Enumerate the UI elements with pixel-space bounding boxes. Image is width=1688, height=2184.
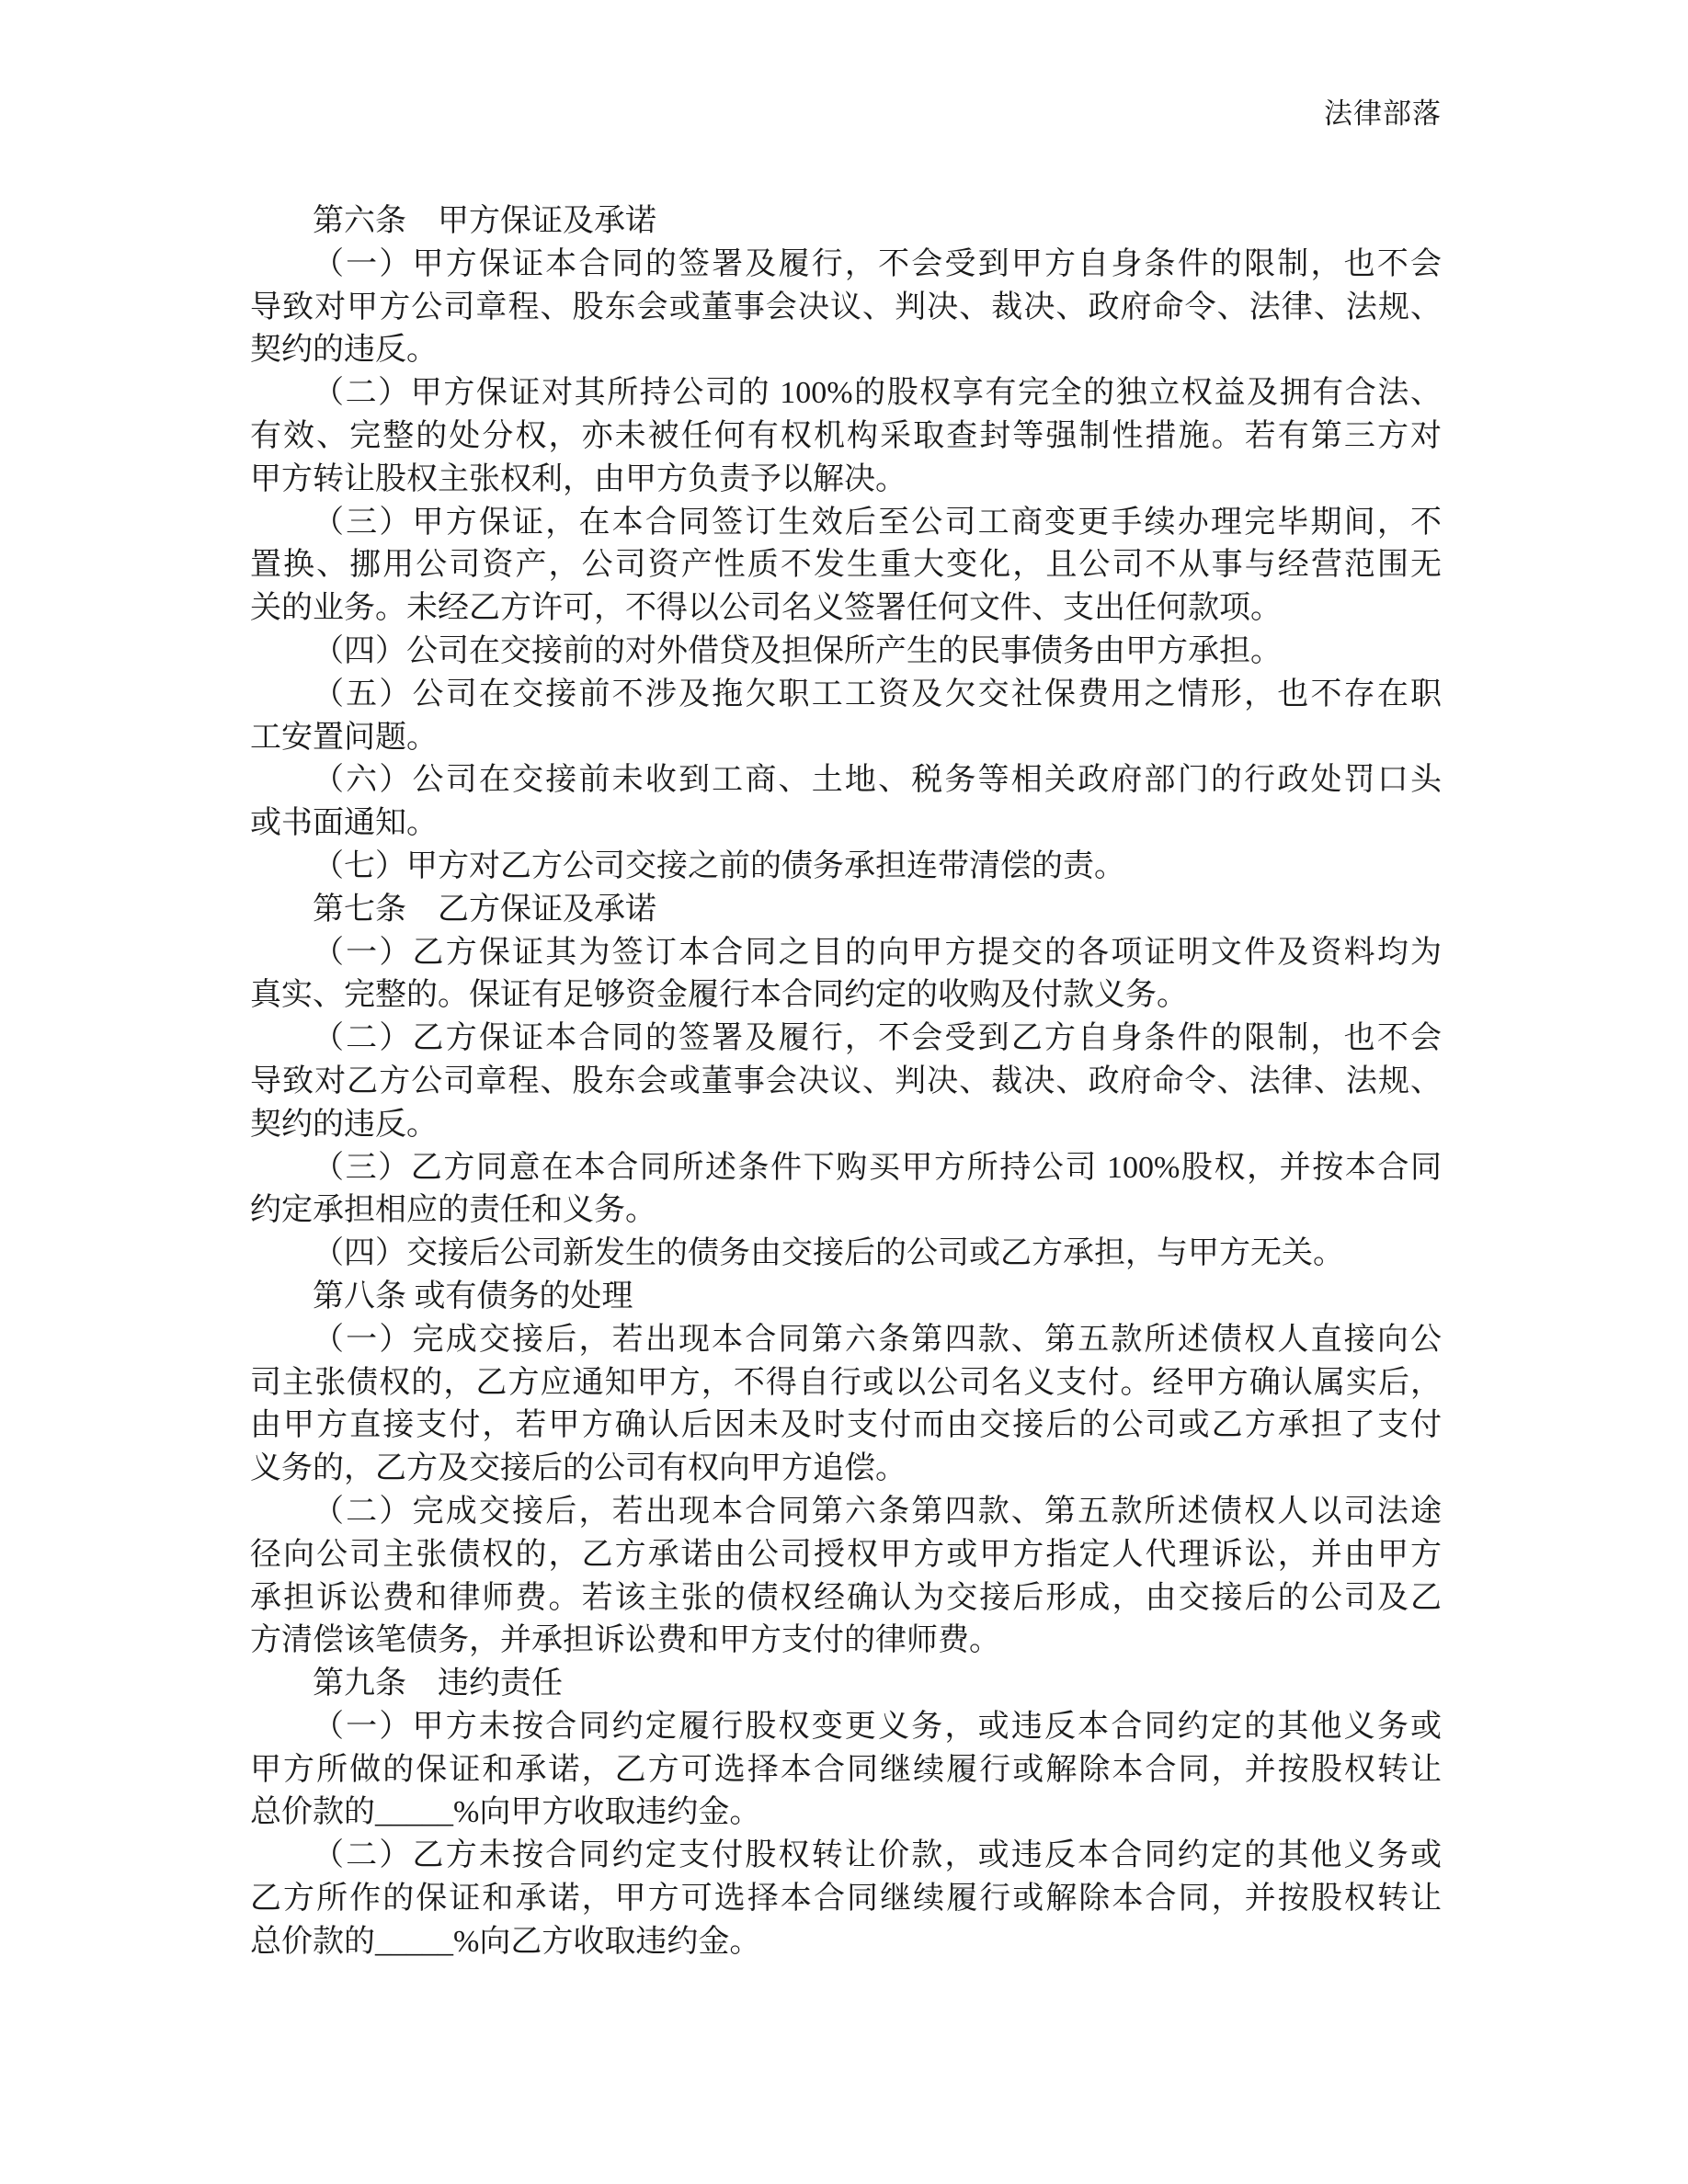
contract-paragraph: （二）乙方保证本合同的签署及履行，不会受到乙方自身条件的限制，也不会导致对乙方公… — [250, 1018, 1442, 1146]
paragraph-line: （一）甲方未按合同约定履行股权变更义务，或违反本合同约定的其他义务或 — [250, 1706, 1442, 1749]
paragraph-line: 乙方所作的保证和承诺，甲方可选择本合同继续履行或解除本合同，并按股权转让 — [250, 1878, 1442, 1921]
paragraph-line: 由甲方直接支付，若甲方确认后因未及时支付而由交接后的公司或乙方承担了支付 — [250, 1405, 1442, 1448]
paragraph-line: 导致对甲方公司章程、股东会或董事会决议、判决、裁决、政府命令、法律、法规、 — [250, 287, 1442, 330]
paragraph-line: 关的业务。未经乙方许可，不得以公司名义签署任何文件、支出任何款项。 — [250, 587, 1442, 631]
contract-paragraph: （二）乙方未按合同约定支付股权转让价款，或违反本合同约定的其他义务或乙方所作的保… — [250, 1835, 1442, 1963]
paragraph-line: 导致对乙方公司章程、股东会或董事会决议、判决、裁决、政府命令、法律、法规、 — [250, 1061, 1442, 1104]
paragraph-line: 置换、挪用公司资产，公司资产性质不发生重大变化，且公司不从事与经营范围无 — [250, 544, 1442, 587]
contract-body-text: 第六条 甲方保证及承诺（一）甲方保证本合同的签署及履行，不会受到甲方自身条件的限… — [250, 200, 1442, 1964]
paragraph-line: （三）乙方同意在本合同所述条件下购买甲方所持公司 100%股权，并按本合同 — [250, 1147, 1442, 1190]
paragraph-line: （五）公司在交接前不涉及拖欠职工工资及欠交社保费用之情形，也不存在职 — [250, 674, 1442, 717]
paragraph-line: 甲方转让股权主张权利，由甲方负责予以解决。 — [250, 459, 1442, 502]
contract-paragraph: （三）甲方保证，在本合同签订生效后至公司工商变更手续办理完毕期间，不置换、挪用公… — [250, 502, 1442, 631]
contract-paragraph: （四）交接后公司新发生的债务由交接后的公司或乙方承担，与甲方无关。 — [250, 1233, 1442, 1276]
page-header-label: 法律部落 — [250, 95, 1442, 133]
paragraph-line: （四）交接后公司新发生的债务由交接后的公司或乙方承担，与甲方无关。 — [250, 1233, 1442, 1276]
article-heading-line: 第八条 或有债务的处理 — [250, 1276, 1442, 1319]
paragraph-line: （一）完成交接后，若出现本合同第六条第四款、第五款所述债权人直接向公 — [250, 1319, 1442, 1362]
paragraph-line: 义务的，乙方及交接后的公司有权向甲方追偿。 — [250, 1448, 1442, 1491]
article-heading: 第七条 乙方保证及承诺 — [250, 889, 1442, 932]
paragraph-line: 或书面通知。 — [250, 802, 1442, 846]
paragraph-line: （一）甲方保证本合同的签署及履行，不会受到甲方自身条件的限制，也不会 — [250, 244, 1442, 287]
contract-paragraph: （二）完成交接后，若出现本合同第六条第四款、第五款所述债权人以司法途径向公司主张… — [250, 1491, 1442, 1663]
paragraph-line: 承担诉讼费和律师费。若该主张的债权经确认为交接后形成，由交接后的公司及乙 — [250, 1577, 1442, 1621]
paragraph-line: （四）公司在交接前的对外借贷及担保所产生的民事债务由甲方承担。 — [250, 631, 1442, 674]
paragraph-line: 总价款的_____%向乙方收取违约金。 — [250, 1921, 1442, 1964]
article-heading-line: 第六条 甲方保证及承诺 — [250, 200, 1442, 244]
article-heading-line: 第七条 乙方保证及承诺 — [250, 889, 1442, 932]
paragraph-line: （二）乙方保证本合同的签署及履行，不会受到乙方自身条件的限制，也不会 — [250, 1018, 1442, 1061]
article-heading: 第九条 违约责任 — [250, 1663, 1442, 1706]
paragraph-line: 总价款的_____%向甲方收取违约金。 — [250, 1792, 1442, 1835]
contract-document-page: 法律部落 第六条 甲方保证及承诺（一）甲方保证本合同的签署及履行，不会受到甲方自… — [0, 0, 1688, 2184]
paragraph-line: 方清偿该笔债务，并承担诉讼费和甲方支付的律师费。 — [250, 1620, 1442, 1663]
contract-paragraph: （七）甲方对乙方公司交接之前的债务承担连带清偿的责。 — [250, 846, 1442, 889]
paragraph-line: （二）甲方保证对其所持公司的 100%的股权享有完全的独立权益及拥有合法、 — [250, 372, 1442, 415]
paragraph-line: （七）甲方对乙方公司交接之前的债务承担连带清偿的责。 — [250, 846, 1442, 889]
paragraph-line: 契约的违反。 — [250, 1104, 1442, 1147]
contract-paragraph: （四）公司在交接前的对外借贷及担保所产生的民事债务由甲方承担。 — [250, 631, 1442, 674]
paragraph-line: （三）甲方保证，在本合同签订生效后至公司工商变更手续办理完毕期间，不 — [250, 502, 1442, 545]
contract-paragraph: （二）甲方保证对其所持公司的 100%的股权享有完全的独立权益及拥有合法、有效、… — [250, 372, 1442, 501]
article-heading: 第六条 甲方保证及承诺 — [250, 200, 1442, 244]
paragraph-line: 契约的违反。 — [250, 329, 1442, 372]
paragraph-line: 径向公司主张债权的，乙方承诺由公司授权甲方或甲方指定人代理诉讼，并由甲方 — [250, 1534, 1442, 1577]
paragraph-line: （六）公司在交接前未收到工商、土地、税务等相关政府部门的行政处罚口头 — [250, 759, 1442, 802]
paragraph-line: 约定承担相应的责任和义务。 — [250, 1189, 1442, 1233]
contract-paragraph: （一）完成交接后，若出现本合同第六条第四款、第五款所述债权人直接向公司主张债权的… — [250, 1319, 1442, 1491]
paragraph-line: （二）乙方未按合同约定支付股权转让价款，或违反本合同约定的其他义务或 — [250, 1835, 1442, 1878]
contract-paragraph: （六）公司在交接前未收到工商、土地、税务等相关政府部门的行政处罚口头或书面通知。 — [250, 759, 1442, 846]
paragraph-line: （二）完成交接后，若出现本合同第六条第四款、第五款所述债权人以司法途 — [250, 1491, 1442, 1534]
paragraph-line: （一）乙方保证其为签订本合同之目的向甲方提交的各项证明文件及资料均为 — [250, 932, 1442, 975]
contract-paragraph: （一）甲方未按合同约定履行股权变更义务，或违反本合同约定的其他义务或甲方所做的保… — [250, 1706, 1442, 1835]
contract-paragraph: （一）甲方保证本合同的签署及履行，不会受到甲方自身条件的限制，也不会导致对甲方公… — [250, 244, 1442, 372]
contract-paragraph: （一）乙方保证其为签订本合同之目的向甲方提交的各项证明文件及资料均为真实、完整的… — [250, 932, 1442, 1018]
paragraph-line: 工安置问题。 — [250, 717, 1442, 760]
contract-paragraph: （五）公司在交接前不涉及拖欠职工工资及欠交社保费用之情形，也不存在职工安置问题。 — [250, 674, 1442, 760]
paragraph-line: 真实、完整的。保证有足够资金履行本合同约定的收购及付款义务。 — [250, 974, 1442, 1018]
article-heading: 第八条 或有债务的处理 — [250, 1276, 1442, 1319]
article-heading-line: 第九条 违约责任 — [250, 1663, 1442, 1706]
paragraph-line: 甲方所做的保证和承诺，乙方可选择本合同继续履行或解除本合同，并按股权转让 — [250, 1749, 1442, 1792]
paragraph-line: 有效、完整的处分权，亦未被任何有权机构采取查封等强制性措施。若有第三方对 — [250, 415, 1442, 459]
contract-paragraph: （三）乙方同意在本合同所述条件下购买甲方所持公司 100%股权，并按本合同约定承… — [250, 1147, 1442, 1234]
paragraph-line: 司主张债权的，乙方应通知甲方，不得自行或以公司名义支付。经甲方确认属实后， — [250, 1362, 1442, 1405]
